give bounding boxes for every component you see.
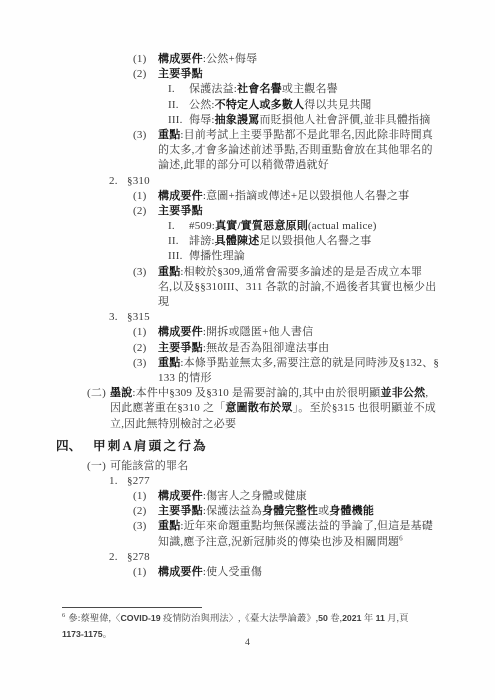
outline-line: III.傳播性理論 [0,249,495,264]
list-marker: I. [168,219,175,234]
text-segment: 身體完整性 [262,505,318,517]
text-segment: 的太多,才會多論述前述爭點,否則重點會放在其他罪名的 [158,144,433,156]
text-segment: :保護法益為 [203,505,262,517]
list-marker: (二) [87,386,106,401]
text-segment: 侮辱: [189,114,215,126]
text-segment: 墨說 [110,387,132,399]
list-marker: (1) [133,189,146,204]
outline-line: 因此應著重在§310 之「意圖散布於眾」。至於§315 也很明顯並不成 [0,401,495,416]
text-segment: 構成要件 [158,53,203,65]
outline-line: (3)重點:近年來命題重點均無保護法益的爭論了,但這是基礎 [0,519,495,534]
list-marker: (3) [133,265,146,280]
text-segment: 重點 [158,520,180,532]
outline-line: III.侮辱:抽象謾罵而貶損他人社會評價,並非具體指摘 [0,113,495,128]
list-marker: (2) [133,504,146,519]
outline-line: (1)構成要件:公然+侮辱 [0,52,495,67]
text-segment: 不特定人或多數人 [215,99,305,111]
list-marker: (1) [133,325,146,340]
outline-line: (1)構成要件:意圖+指謫或傳述+足以毀損他人名譽之事 [0,189,495,204]
text-segment: 傳播性理論 [189,250,245,262]
outline-line: 1.§277 [0,474,495,489]
outline-line: II.公然:不特定人或多數人得以共見共聞 [0,98,495,113]
text-segment: 可能該當的罪名 [110,460,188,472]
footnote-marker: 6 [62,612,65,619]
list-marker: (3) [133,519,146,534]
list-marker: (1) [133,489,146,504]
text-segment: #509: [189,220,215,232]
outline-line: 133 的情形 [0,371,495,386]
text-segment: 或主觀名譽 [282,83,338,95]
text-segment: 社會名譽 [237,83,282,95]
text-segment: :無故是否為阻卻違法事由 [203,342,329,354]
list-marker: II. [168,234,179,249]
text-segment: 並非公然 [381,387,426,399]
text-segment: 主要爭點 [158,342,203,354]
outline-line: I.保護法益:社會名譽或主觀名譽 [0,82,495,97]
text-segment: , [425,387,428,399]
outline-line: 現 [0,295,495,310]
text-segment: 真實/實質惡意原則 [215,220,308,232]
outline-line: (1)構成要件:開拆或隱匿+他人書信 [0,325,495,340]
text-segment: :本條爭點並無太多,需要注意的就是同時涉及§132、§ [180,357,439,369]
footnote-text-segment: 參:蔡聖偉,〈 [68,614,120,624]
list-marker: III. [168,113,183,128]
list-marker: 四、 [56,438,81,454]
text-segment: §277 [127,475,150,487]
outline-line: (一)可能該當的罪名 [0,459,495,474]
text-segment: 足以毀損他人名譽之事 [259,235,371,247]
list-marker: (1) [133,565,146,580]
text-segment: 構成要件 [158,566,203,578]
outline-line: II.誹謗:具體陳述足以毀損他人名譽之事 [0,234,495,249]
footnote-text-segment: 50 [318,613,328,623]
list-marker: (2) [133,67,146,82]
footnote-separator [62,607,202,608]
text-segment: 133 的情形 [158,372,212,384]
footnote-text-segment: 年 [361,614,375,624]
page-number: 4 [0,637,495,648]
footnote-line: 6參:蔡聖偉,〈COVID-19 疫情防治與刑法〉,《臺大法學論叢》,50 卷,… [62,611,462,627]
text-segment: §310 [127,175,150,187]
outline-line: (2)主要爭點 [0,204,495,219]
list-marker: I. [168,82,175,97]
text-segment: (actual malice) [308,220,377,232]
text-segment: §278 [127,551,150,563]
outline-line: 名,以及§§310III、311 各款的討論,不過後者其實也極少出 [0,280,495,295]
outline-line: 2.§310 [0,174,495,189]
text-segment: 知識,應予注意,況新冠肺炎的傳染也涉及相關問題 [158,536,399,548]
text-segment: 現 [158,296,169,308]
outline-line: 的太多,才會多論述前述爭點,否則重點會放在其他罪名的 [0,143,495,158]
text-segment: 重點 [158,357,180,369]
text-segment: :近年來命題重點均無保護法益的爭論了,但這是基礎 [180,520,433,532]
outline-line: (2)主要爭點:無故是否為阻卻違法事由 [0,341,495,356]
text-segment: 意圖散布於眾 [225,402,292,414]
footnote-text-segment: COVID-19 [120,613,160,623]
footnote-reference: 6 [399,534,403,542]
text-segment: 甲刺A肩頭之行為 [93,439,208,453]
list-marker: (2) [133,204,146,219]
list-marker: III. [168,249,183,264]
text-segment: 誹謗: [189,235,215,247]
text-segment: :使人受重傷 [203,566,262,578]
text-segment: 身體機能 [329,505,374,517]
list-marker: (3) [133,356,146,371]
footnote-text-segment: 月,頁 [385,614,409,624]
list-marker: (1) [133,52,146,67]
text-segment: 重點 [158,266,180,278]
outline-line: 3.§315 [0,310,495,325]
outline-line: (2)主要爭點 [0,67,495,82]
text-segment: 主要爭點 [158,68,203,80]
outline-line: (2)主要爭點:保護法益為身體完整性或身體機能 [0,504,495,519]
text-segment: :公然+侮辱 [203,53,257,65]
footnote-text-segment: 11 [376,613,385,623]
text-segment: :目前考試上主要爭點都不是此罪名,因此除非時間真 [180,129,433,141]
text-segment: 主要爭點 [158,205,203,217]
text-segment: 保護法益: [189,83,237,95]
text-segment: 或 [318,505,329,517]
list-marker: (3) [133,128,146,143]
text-segment: 抽象謾罵 [215,114,260,126]
list-marker: 2. [109,174,118,189]
text-segment: 重點 [158,129,180,141]
outline-line: I.#509:真實/實質惡意原則(actual malice) [0,219,495,234]
list-marker: 2. [109,550,118,565]
text-segment: 」。至於§315 也很明顯並不成 [293,402,436,414]
list-marker: 1. [109,474,118,489]
footnote-text-segment: 疫情防治與刑法〉,《臺大法學論叢》, [161,614,319,624]
outline-line: (3)重點:相較於§309,通常會需要多論述的是是否成立本罪 [0,265,495,280]
text-segment: 構成要件 [158,190,203,202]
outline-line: 立,因此無特別檢討之必要 [0,417,495,432]
footnote-text-segment: 2021 [342,613,361,623]
text-segment: :相較於§309,通常會需要多論述的是是否成立本罪 [180,266,422,278]
outline-line: (二)墨說:本件中§309 及§310 是需要討論的,其中由於很明顯並非公然, [0,386,495,401]
text-segment: 公然: [189,99,215,111]
outline-body: (1)構成要件:公然+侮辱(2)主要爭點I.保護法益:社會名譽或主觀名譽II.公… [0,52,495,580]
outline-line: 知識,應予注意,況新冠肺炎的傳染也涉及相關問題6 [0,535,495,550]
text-segment: 具體陳述 [215,235,260,247]
text-segment: 得以共見共聞 [304,99,371,111]
outline-line: (3)重點:本條爭點並無太多,需要注意的就是同時涉及§132、§ [0,356,495,371]
document-page: (1)構成要件:公然+侮辱(2)主要爭點I.保護法益:社會名譽或主觀名譽II.公… [0,0,495,700]
list-marker: (一) [87,459,106,474]
outline-line: 論述,此罪的部分可以稍微帶過就好 [0,158,495,173]
text-segment: 名,以及§§310III、311 各款的討論,不過後者其實也極少出 [158,281,436,293]
outline-line: 2.§278 [0,550,495,565]
outline-line: (1)構成要件:使人受重傷 [0,565,495,580]
text-segment: :意圖+指謫或傳述+足以毀損他人名譽之事 [203,190,409,202]
text-segment: 論述,此罪的部分可以稍微帶過就好 [158,159,329,171]
list-marker: (2) [133,341,146,356]
list-marker: II. [168,98,179,113]
text-segment: 立,因此無特別檢討之必要 [110,418,236,430]
footnote-text-segment: 卷, [328,614,342,624]
text-segment: 而貶損他人社會評價,並非具體指摘 [259,114,430,126]
text-segment: 構成要件 [158,490,203,502]
outline-line: (1)構成要件:傷害人之身體或健康 [0,489,495,504]
text-segment: :本件中§309 及§310 是需要討論的,其中由於很明顯 [132,387,380,399]
text-segment: 主要爭點 [158,505,203,517]
list-marker: 3. [109,310,118,325]
section-heading: 四、甲刺A肩頭之行為 [0,438,495,454]
text-segment: :傷害人之身體或健康 [203,490,307,502]
text-segment: §315 [127,311,150,323]
outline-line: (3)重點:目前考試上主要爭點都不是此罪名,因此除非時間真 [0,128,495,143]
text-segment: 構成要件 [158,326,203,338]
text-segment: 因此應著重在§310 之「 [110,402,225,414]
text-segment: :開拆或隱匿+他人書信 [203,326,313,338]
